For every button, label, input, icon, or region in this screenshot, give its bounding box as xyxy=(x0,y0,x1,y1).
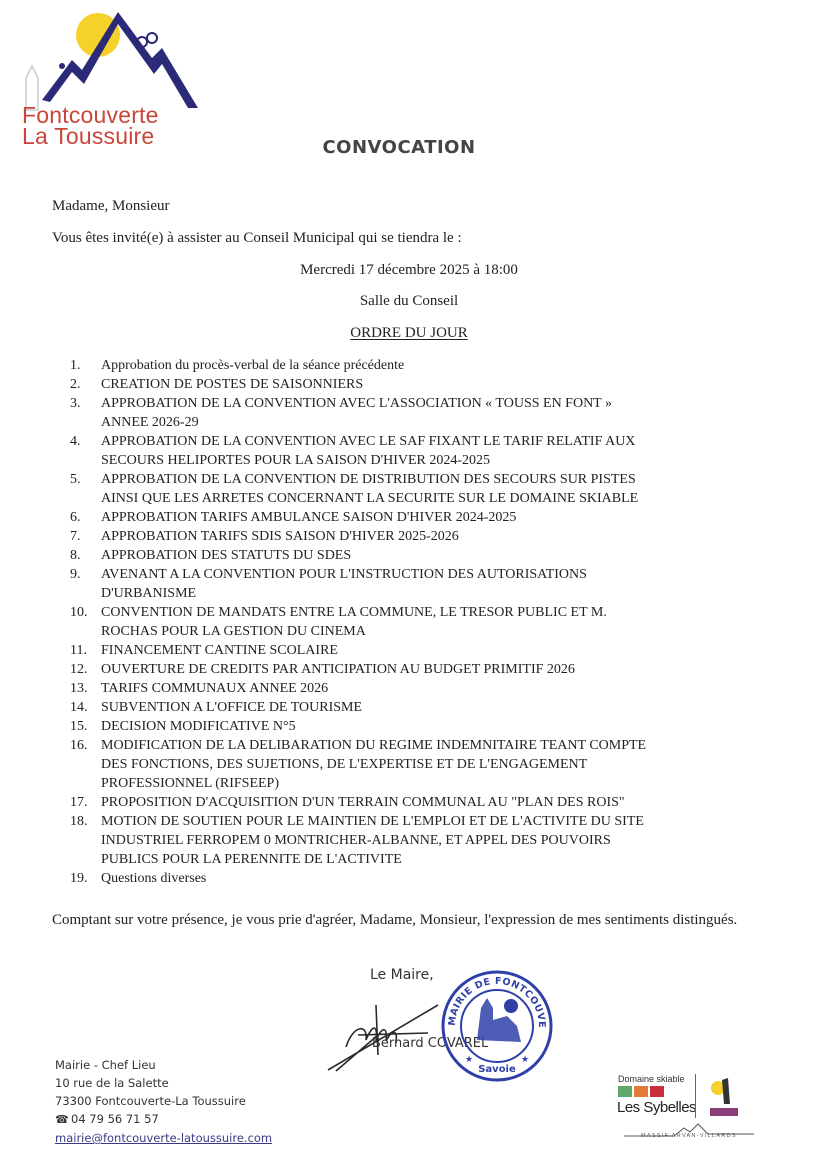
agenda-item-text: AVENANT A LA CONVENTION POUR L'INSTRUCTI… xyxy=(101,565,770,603)
agenda-item-number: 14. xyxy=(70,698,98,717)
agenda-item-text: DECISION MODIFICATIVE N°5 xyxy=(101,717,770,736)
svg-text:★: ★ xyxy=(521,1054,529,1064)
agenda-item: 18.MOTION DE SOUTIEN POUR LE MAINTIEN DE… xyxy=(70,812,770,869)
agenda-item-number: 19. xyxy=(70,869,98,888)
phone-row: ☎04 79 56 71 57 xyxy=(55,1110,272,1129)
agenda-item: 17.PROPOSITION D'ACQUISITION D'UN TERRAI… xyxy=(70,793,770,812)
document-title: CONVOCATION xyxy=(0,137,828,158)
svg-text:MAIRIE DE FONTCOUVERTE LA TOUS: MAIRIE DE FONTCOUVERTE LA TOUSSUIRE xyxy=(441,970,547,1028)
massif-mountain-icon xyxy=(624,1122,754,1142)
phone-icon: ☎ xyxy=(55,1111,67,1129)
agenda-item-number: 1. xyxy=(70,356,98,375)
agenda-item-text: Questions diverses xyxy=(101,869,770,888)
agenda-item: 9.AVENANT A LA CONVENTION POUR L'INSTRUC… xyxy=(70,565,770,603)
agenda-item-text: TARIFS COMMUNAUX ANNEE 2026 xyxy=(101,679,770,698)
closing-text: Comptant sur votre présence, je vous pri… xyxy=(52,910,752,930)
email-link[interactable]: mairie@fontcouverte-latoussuire.com xyxy=(55,1131,272,1145)
agenda-item: 6.APPROBATION TARIFS AMBULANCE SAISON D'… xyxy=(70,508,770,527)
agenda-item: 11.FINANCEMENT CANTINE SCOLAIRE xyxy=(70,641,770,660)
address-line-3: 73300 Fontcouverte-La Toussuire xyxy=(55,1092,272,1110)
agenda-item-text: SUBVENTION A L'OFFICE DE TOURISME xyxy=(101,698,770,717)
agenda-item-text: APPROBATION DE LA CONVENTION AVEC LE SAF… xyxy=(101,432,770,470)
agenda-item-text: Approbation du procès-verbal de la séanc… xyxy=(101,356,770,375)
stamp-region: Savoie xyxy=(478,1064,516,1075)
mairie-address: Mairie - Chef Lieu 10 rue de la Salette … xyxy=(55,1056,272,1147)
meeting-location: Salle du Conseil xyxy=(0,292,828,310)
agenda-item: 14.SUBVENTION A L'OFFICE DE TOURISME xyxy=(70,698,770,717)
agenda-item-number: 12. xyxy=(70,660,98,679)
handwritten-signature-icon xyxy=(318,985,448,1085)
address-line-2: 10 rue de la Salette xyxy=(55,1074,272,1092)
agenda-item: 7.APPROBATION TARIFS SDIS SAISON D'HIVER… xyxy=(70,527,770,546)
agenda-item: 8.APPROBATION DES STATUTS DU SDES xyxy=(70,546,770,565)
agenda-item: 16.MODIFICATION DE LA DELIBARATION DU RE… xyxy=(70,736,770,793)
agenda-heading-text: ORDRE DU JOUR xyxy=(350,325,468,341)
partner-logos: Domaine skiable Les Sybelles MASSIF ARVA… xyxy=(612,1070,752,1145)
stamp-text: MAIRIE DE FONTCOUVERTE LA TOUSSUIRE xyxy=(441,970,547,1028)
agenda-item-text: CONVENTION DE MANDATS ENTRE LA COMMUNE, … xyxy=(101,603,770,641)
partner-separator xyxy=(695,1074,696,1118)
agenda-item-number: 4. xyxy=(70,432,98,451)
agenda-list: 1.Approbation du procès-verbal de la séa… xyxy=(70,356,770,888)
agenda-item-number: 16. xyxy=(70,736,98,755)
salutation: Madame, Monsieur xyxy=(52,197,169,215)
commune-logo: Fontcouverte La Toussuire xyxy=(12,8,202,148)
agenda-item-number: 9. xyxy=(70,565,98,584)
meeting-date-text: Mercredi 17 décembre 2025 à 18:00 xyxy=(300,262,518,278)
meeting-location-text: Salle du Conseil xyxy=(360,293,458,309)
email-row: mairie@fontcouverte-latoussuire.com xyxy=(55,1129,272,1147)
agenda-item-number: 11. xyxy=(70,641,98,660)
agenda-item-number: 2. xyxy=(70,375,98,394)
agenda-heading: ORDRE DU JOUR xyxy=(0,324,828,342)
agenda-item: 15.DECISION MODIFICATIVE N°5 xyxy=(70,717,770,736)
agenda-item-text: APPROBATION TARIFS SDIS SAISON D'HIVER 2… xyxy=(101,527,770,546)
agenda-item-number: 5. xyxy=(70,470,98,489)
agenda-item: 2.CREATION DE POSTES DE SAISONNIERS xyxy=(70,375,770,394)
agenda-item-text: CREATION DE POSTES DE SAISONNIERS xyxy=(101,375,770,394)
agenda-item-number: 6. xyxy=(70,508,98,527)
mayor-label: Le Maire, xyxy=(370,967,434,983)
agenda-item-number: 8. xyxy=(70,546,98,565)
toussuire-mini-logo-icon xyxy=(708,1074,740,1118)
massif-label: MASSIF ARVAN-VILLARDS xyxy=(641,1133,737,1139)
agenda-item-text: APPROBATION TARIFS AMBULANCE SAISON D'HI… xyxy=(101,508,770,527)
agenda-item: 3.APPROBATION DE LA CONVENTION AVEC L'AS… xyxy=(70,394,770,432)
sybelles-color-squares-icon xyxy=(618,1086,664,1097)
agenda-item-text: APPROBATION DE LA CONVENTION AVEC L'ASSO… xyxy=(101,394,770,432)
meeting-date: Mercredi 17 décembre 2025 à 18:00 xyxy=(0,261,828,279)
agenda-item: 19.Questions diverses xyxy=(70,869,770,888)
convocation-page: Fontcouverte La Toussuire CONVOCATION Ma… xyxy=(0,0,828,1169)
sybelles-label: Domaine skiable xyxy=(618,1074,685,1084)
agenda-item: 5.APPROBATION DE LA CONVENTION DE DISTRI… xyxy=(70,470,770,508)
agenda-item-text: MODIFICATION DE LA DELIBARATION DU REGIM… xyxy=(101,736,770,793)
agenda-item-number: 7. xyxy=(70,527,98,546)
svg-text:★: ★ xyxy=(465,1054,473,1064)
agenda-item-number: 3. xyxy=(70,394,98,413)
agenda-item: 13.TARIFS COMMUNAUX ANNEE 2026 xyxy=(70,679,770,698)
agenda-item-number: 13. xyxy=(70,679,98,698)
agenda-item-text: APPROBATION DES STATUTS DU SDES xyxy=(101,546,770,565)
agenda-item: 10.CONVENTION DE MANDATS ENTRE LA COMMUN… xyxy=(70,603,770,641)
address-line-1: Mairie - Chef Lieu xyxy=(55,1056,272,1074)
agenda-item-number: 15. xyxy=(70,717,98,736)
agenda-item-text: OUVERTURE DE CREDITS PAR ANTICIPATION AU… xyxy=(101,660,770,679)
agenda-item-number: 10. xyxy=(70,603,98,622)
official-stamp-icon: MAIRIE DE FONTCOUVERTE LA TOUSSUIRE Savo… xyxy=(441,970,553,1082)
phone-number: 04 79 56 71 57 xyxy=(71,1112,159,1126)
document-title-text: CONVOCATION xyxy=(322,137,475,158)
agenda-item: 4.APPROBATION DE LA CONVENTION AVEC LE S… xyxy=(70,432,770,470)
agenda-item-text: FINANCEMENT CANTINE SCOLAIRE xyxy=(101,641,770,660)
agenda-item: 1.Approbation du procès-verbal de la séa… xyxy=(70,356,770,375)
agenda-item-text: PROPOSITION D'ACQUISITION D'UN TERRAIN C… xyxy=(101,793,770,812)
agenda-item-number: 17. xyxy=(70,793,98,812)
agenda-item-number: 18. xyxy=(70,812,98,831)
sybelles-name: Les Sybelles xyxy=(617,1099,696,1116)
agenda-item-text: APPROBATION DE LA CONVENTION DE DISTRIBU… xyxy=(101,470,770,508)
agenda-item-text: MOTION DE SOUTIEN POUR LE MAINTIEN DE L'… xyxy=(101,812,770,869)
agenda-item: 12.OUVERTURE DE CREDITS PAR ANTICIPATION… xyxy=(70,660,770,679)
invitation-text: Vous êtes invité(e) à assister au Consei… xyxy=(52,229,462,247)
